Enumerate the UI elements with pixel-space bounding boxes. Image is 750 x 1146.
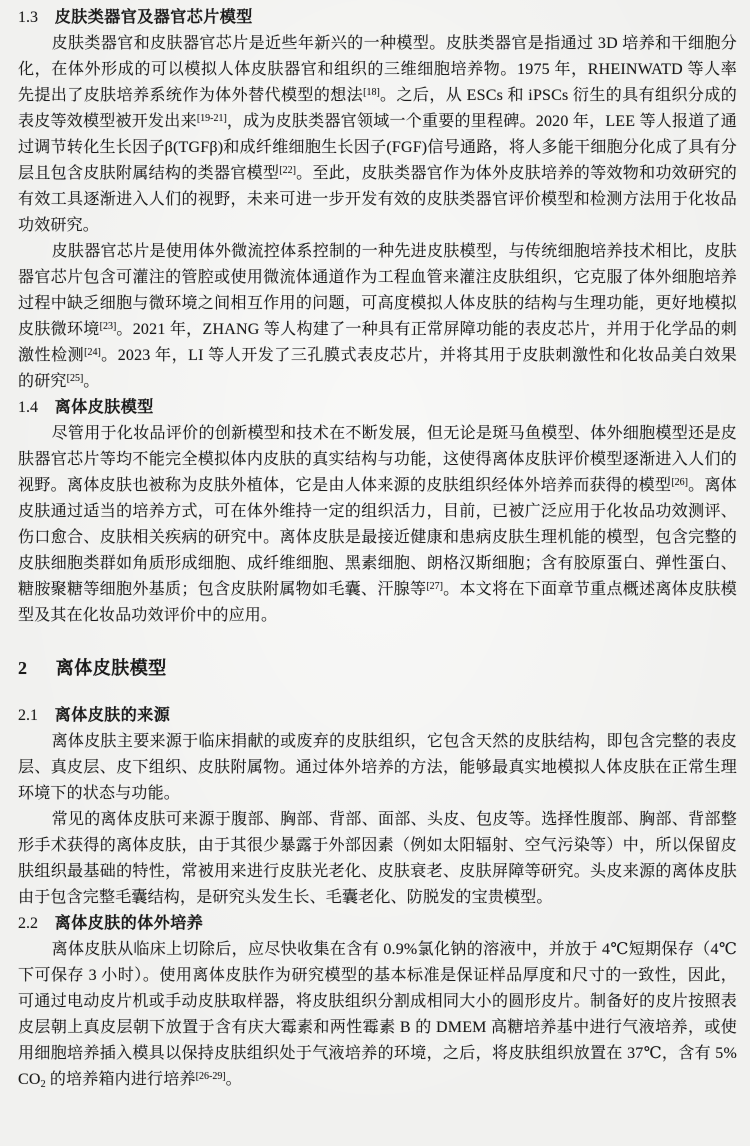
citation-reference: [19-21] (197, 113, 227, 124)
section-title: 离体皮肤的来源 (55, 707, 171, 724)
paragraph: 尽管用于化妆品评价的创新模型和技术在不断发展，但无论是斑马鱼模型、体外细胞模型还… (18, 421, 737, 629)
citation-reference: [26-29] (196, 1071, 226, 1082)
section-number: 2.1 (18, 707, 38, 724)
section-heading-1.4: 1.4离体皮肤模型 (18, 395, 737, 421)
citation-reference: [18] (363, 87, 380, 98)
citation-reference: [27] (426, 581, 443, 592)
section-title: 离体皮肤模型 (55, 399, 154, 416)
chemical-subscript: 2 (41, 1079, 46, 1090)
section-number: 1.4 (18, 399, 38, 416)
paragraph: 常见的离体皮肤可来源于腹部、胸部、背部、面部、头皮、包皮等。选择性腹部、胸部、背… (18, 807, 737, 911)
body-text: 。 (83, 373, 99, 390)
paragraph: 皮肤器官芯片是使用体外微流控体系控制的一种先进皮肤模型，与传统细胞培养技术相比，… (18, 239, 737, 395)
section-title: 离体皮肤的体外培养 (55, 915, 204, 932)
paragraph: 皮肤类器官和皮肤器官芯片是近些年新兴的一种模型。皮肤类器官是指通过 3D 培养和… (18, 31, 737, 239)
paragraph: 离体皮肤从临床上切除后，应尽快收集在含有 0.9%氯化钠的溶液中，并放于 4℃短… (18, 937, 737, 1093)
body-text: 。2023 年，LI 等人开发了三孔膜式表皮芯片，并将其用于皮肤刺激性和化妆品美… (18, 347, 737, 390)
citation-reference: [26] (671, 477, 688, 488)
paragraph: 离体皮肤主要来源于临床捐献的或废弃的皮肤组织，它包含天然的皮肤结构，即包含完整的… (18, 729, 737, 807)
citation-reference: [23] (100, 321, 117, 332)
section-title: 离体皮肤模型 (56, 658, 167, 678)
document-content: 1.3皮肤类器官及器官芯片模型皮肤类器官和皮肤器官芯片是近些年新兴的一种模型。皮… (18, 5, 737, 1093)
section-number: 2.2 (18, 915, 38, 932)
section-heading-2: 2离体皮肤模型 (18, 653, 737, 683)
citation-reference: [22] (279, 165, 296, 176)
section-number: 2 (18, 658, 27, 678)
body-text: 离体皮肤从临床上切除后，应尽快收集在含有 0.9%氯化钠的溶液中，并放于 4℃短… (18, 941, 737, 1088)
section-heading-2.2: 2.2离体皮肤的体外培养 (18, 911, 737, 937)
body-text: 离体皮肤主要来源于临床捐献的或废弃的皮肤组织，它包含天然的皮肤结构，即包含完整的… (18, 733, 737, 802)
body-text: 的培养箱内进行培养 (46, 1071, 196, 1088)
body-text: 尽管用于化妆品评价的创新模型和技术在不断发展，但无论是斑马鱼模型、体外细胞模型还… (18, 425, 737, 494)
document-page: 1.3皮肤类器官及器官芯片模型皮肤类器官和皮肤器官芯片是近些年新兴的一种模型。皮… (0, 0, 750, 1146)
section-number: 1.3 (18, 9, 38, 26)
body-text: 。 (226, 1071, 242, 1088)
section-heading-2.1: 2.1离体皮肤的来源 (18, 703, 737, 729)
section-heading-1.3: 1.3皮肤类器官及器官芯片模型 (18, 5, 737, 31)
section-title: 皮肤类器官及器官芯片模型 (55, 9, 253, 26)
body-text: 。离体皮肤通过适当的培养方式，可在体外维持一定的组织活力，目前，已被广泛应用于化… (18, 477, 737, 598)
citation-reference: [25] (67, 373, 84, 384)
citation-reference: [24] (84, 347, 101, 358)
body-text: 常见的离体皮肤可来源于腹部、胸部、背部、面部、头皮、包皮等。选择性腹部、胸部、背… (18, 811, 737, 906)
